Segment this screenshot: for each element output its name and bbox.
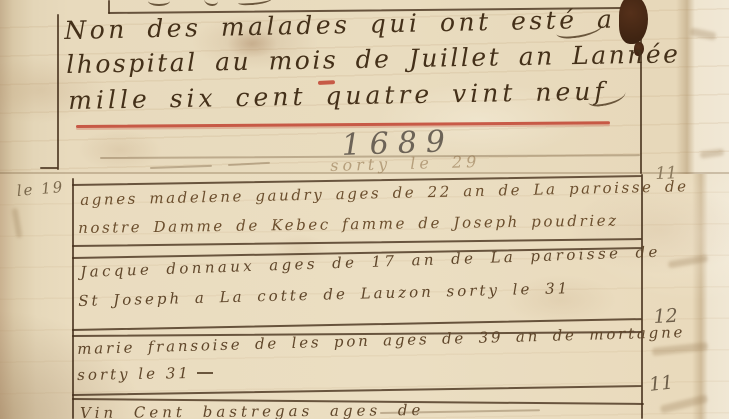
table-right-border <box>641 174 643 419</box>
title-frame-left-tick <box>40 167 58 169</box>
pen-mark <box>197 368 213 374</box>
title-frame-left <box>57 14 59 170</box>
entry4-line1: Vin Cent bastregas ages de <box>80 401 424 419</box>
entry3-line2: sorty le 31 <box>77 364 191 384</box>
entry3-count: 11 <box>648 371 674 395</box>
header-row-text: sorty le 29 <box>330 152 481 175</box>
table-left-border <box>72 178 74 419</box>
manuscript-scan: Non des malades qui ont esté a lhospital… <box>0 0 729 419</box>
